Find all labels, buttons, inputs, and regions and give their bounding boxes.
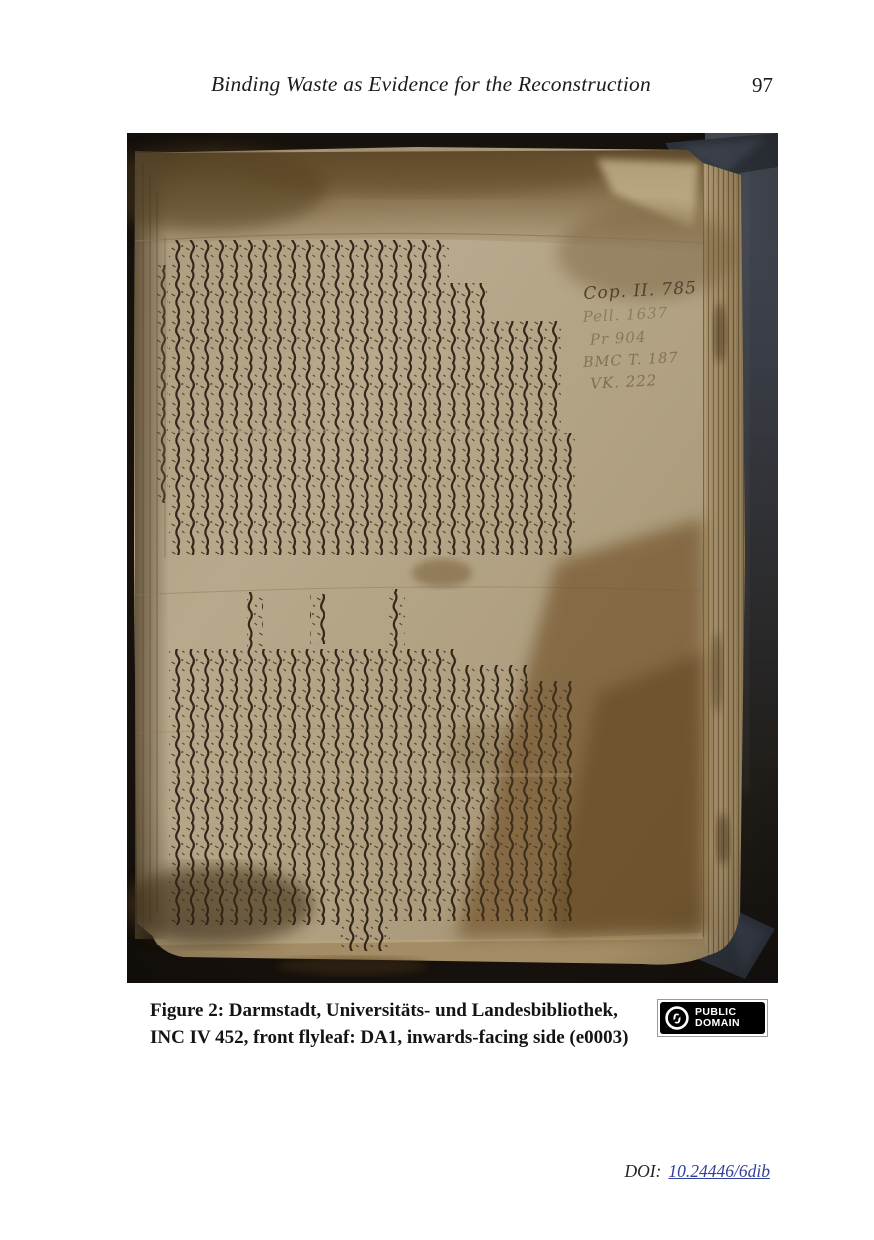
journal-page: Binding Waste as Evidence for the Recons… [0,0,874,1240]
page-number: 97 [752,73,773,98]
photo-vignette [127,133,778,983]
public-domain-zero-icon: 0 [664,1005,690,1031]
public-domain-badge[interactable]: 0 PUBLIC DOMAIN [657,999,768,1037]
doi-link[interactable]: 10.24446/6dib [668,1161,770,1181]
figure-caption-line2: INC IV 452, front flyleaf: DA1, inwards-… [150,1025,665,1052]
figure-caption: Figure 2: Darmstadt, Universitäts- und L… [150,998,665,1051]
doi-line: DOI:10.24446/6dib [624,1161,770,1182]
public-domain-badge-text: PUBLIC DOMAIN [695,1007,740,1029]
figure-caption-line1: Figure 2: Darmstadt, Universitäts- und L… [150,998,665,1025]
public-domain-badge-inner: 0 PUBLIC DOMAIN [660,1002,765,1034]
figure-2-photo: Cop. II. 785 Pell. 1637 Pr 904 BMC T. 18… [127,133,778,983]
doi-label: DOI: [624,1161,661,1181]
manuscript-photo: Cop. II. 785 Pell. 1637 Pr 904 BMC T. 18… [127,133,778,983]
running-title: Binding Waste as Evidence for the Recons… [211,72,651,97]
